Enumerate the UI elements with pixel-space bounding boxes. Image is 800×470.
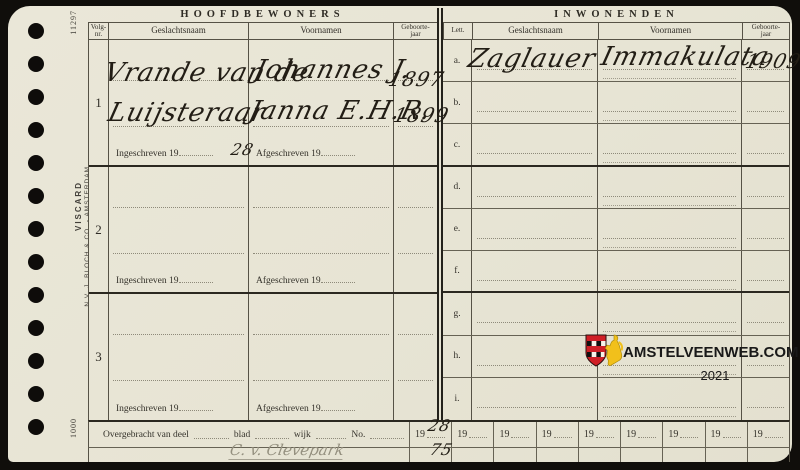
amstelveen-coat-of-arms-icon	[585, 334, 625, 370]
year-label: 19	[753, 429, 763, 440]
col-header-lett-text: Lett.	[451, 27, 464, 34]
birthyear-cell	[742, 167, 789, 208]
year-label: 19	[415, 429, 425, 440]
year-cell-empty	[493, 448, 535, 462]
ingeschreven-label: Ingeschreven 19	[116, 148, 213, 159]
handwriting-surname-2: Luijsteraar	[105, 98, 269, 128]
punch-hole	[28, 221, 44, 237]
dotted-fill	[469, 431, 487, 438]
firstnames-cell	[598, 82, 742, 123]
col-header-geslachtsnaam-r: Geslachtsnaam	[473, 23, 599, 39]
year-cell-empty	[578, 448, 620, 462]
col-header-geboortejaar-l2: jaar	[410, 31, 421, 38]
handwriting-surname-a: Zaglauer	[465, 44, 599, 74]
year-cell-empty	[662, 448, 704, 462]
watermark: AMSTELVEENWEB.COM 2021	[585, 334, 775, 383]
punch-hole	[28, 23, 44, 39]
year-label: 19	[584, 429, 594, 440]
dotted-fill	[554, 431, 572, 438]
punch-hole	[28, 353, 44, 369]
inwonende-row-g: g.	[443, 293, 789, 335]
birthyear-cell	[742, 378, 789, 420]
handwriting-ingeschreven-year: 28	[229, 140, 256, 159]
letter-label: f.	[443, 251, 472, 291]
year-label: 19	[711, 429, 721, 440]
firstnames-cell	[598, 209, 742, 250]
punch-hole	[28, 320, 44, 336]
letter-label: b.	[443, 82, 472, 123]
year-cell-empty	[536, 448, 578, 462]
punch-hole	[28, 419, 44, 435]
punch-hole	[28, 287, 44, 303]
volgnr-2: 2	[89, 167, 109, 292]
volgnr-1: 1	[89, 40, 109, 165]
left-table-header: Volg- nr. Geslachtsnaam Voornamen Geboor…	[88, 22, 437, 40]
year-cell-6: 19	[620, 422, 662, 447]
afgeschreven-text: Afgeschreven 19	[256, 149, 321, 159]
afgeschreven-text: Afgeschreven 19	[256, 404, 321, 414]
firstnames-cell	[598, 378, 742, 420]
punch-hole	[28, 386, 44, 402]
surname-cell	[472, 251, 598, 291]
inwonende-row-f: f.	[443, 251, 789, 293]
surname-cell	[472, 124, 598, 164]
col-header-geboortejaar-r-l2: jaar	[761, 31, 772, 38]
letter-label: e.	[443, 209, 472, 250]
year-label: 19	[457, 429, 467, 440]
year-cell-3: 19	[493, 422, 535, 447]
dotted-fill	[255, 431, 289, 439]
year-cell-7: 19	[662, 422, 704, 447]
letter-label: d.	[443, 167, 472, 208]
volgnr-3: 3	[89, 294, 109, 420]
surname-cell	[472, 293, 598, 334]
handwriting-transfer-year: 28	[426, 416, 453, 435]
year-cell-2: 19	[451, 422, 493, 447]
year-cell-empty	[705, 448, 747, 462]
year-cell-empty	[451, 448, 493, 462]
afgeschreven-label: Afgeschreven 19	[256, 148, 355, 159]
col-header-geslachtsnaam-r-text: Geslachtsnaam	[508, 26, 562, 35]
year-cells: 19 19 19 19 19 19 19 19 19	[409, 422, 789, 447]
dotted-fill	[321, 403, 355, 411]
watermark-row: AMSTELVEENWEB.COM	[585, 334, 775, 370]
birthyear-cell	[742, 251, 789, 291]
inwonende-row-d: d.	[443, 167, 789, 209]
right-table-header: Lett. Geslachtsnaam Voornamen Geboorte- …	[443, 22, 790, 40]
hoofdbewoners-body: 1 Ingeschreven 19 Afgeschreven 19 2 Inge…	[88, 40, 437, 420]
punch-hole	[28, 56, 44, 72]
year-label: 19	[668, 429, 678, 440]
punch-hole	[28, 188, 44, 204]
dotted-fill	[511, 431, 529, 438]
birthyear-cell	[742, 293, 789, 334]
firstnames-cell	[598, 167, 742, 208]
dotted-fill	[179, 275, 213, 283]
dotted-fill	[723, 431, 741, 438]
inwonende-row-c: c.	[443, 124, 789, 166]
letter-label: h.	[443, 336, 472, 377]
handwriting-birthyear-a: 1909	[743, 49, 800, 73]
col-header-geslachtsnaam-text: Geslachtsnaam	[151, 26, 205, 35]
transfer-wijk-label: wijk	[294, 430, 311, 440]
watermark-site-text: AMSTELVEENWEB.COM	[623, 344, 799, 361]
birthyear-cell	[394, 167, 437, 292]
col-header-volgnr: Volg- nr.	[89, 23, 109, 39]
col-header-voornamen-r-text: Voornamen	[650, 26, 691, 35]
punch-hole	[28, 155, 44, 171]
year-cell-empty	[747, 448, 789, 462]
serial-number-top: 11297	[69, 10, 78, 35]
ingeschreven-text: Ingeschreven 19	[116, 276, 179, 286]
inwonende-row-b: b.	[443, 82, 789, 124]
dotted-fill	[765, 431, 783, 438]
ingeschreven-label: Ingeschreven 19	[116, 275, 213, 286]
surname-cell	[109, 294, 249, 420]
watermark-year-text: 2021	[655, 368, 775, 383]
inwonende-row-e: e.	[443, 209, 789, 251]
col-header-volgnr-l2: nr.	[95, 31, 102, 38]
year-cell-empty	[620, 448, 662, 462]
firstnames-cell	[249, 167, 394, 292]
year-cell-8: 19	[705, 422, 747, 447]
inwonende-row-i: i.	[443, 378, 789, 420]
punch-hole	[28, 254, 44, 270]
section-title-hoofdbewoners: HOOFDBEWONERS	[88, 9, 437, 22]
transfer-deel-label: Overgebracht van deel	[103, 430, 189, 440]
dotted-fill	[321, 275, 355, 283]
dotted-fill	[596, 431, 614, 438]
firstnames-cell	[598, 251, 742, 291]
handwriting-house-number: 75	[428, 440, 455, 459]
surname-cell	[472, 378, 598, 420]
resident-block-2: 2 Ingeschreven 19 Afgeschreven 19	[89, 167, 437, 294]
letter-label: c.	[443, 124, 472, 164]
surname-cell	[109, 167, 249, 292]
birthyear-cell	[742, 82, 789, 123]
card-paper: 11297 VISCARD N.V. J. BLOCH & CO. - AMST…	[8, 6, 792, 462]
ingeschreven-text: Ingeschreven 19	[116, 404, 179, 414]
year-cell-5: 19	[578, 422, 620, 447]
resident-block-3: 3 Ingeschreven 19 Afgeschreven 19	[89, 294, 437, 420]
col-header-geboortejaar: Geboorte- jaar	[394, 23, 437, 39]
surname-cell	[472, 336, 598, 377]
punch-hole	[28, 89, 44, 105]
dotted-fill	[321, 148, 355, 156]
birthyear-cell	[742, 209, 789, 250]
col-header-lett: Lett.	[444, 23, 473, 39]
dotted-fill	[680, 431, 698, 438]
col-header-voornamen-r: Voornamen	[599, 23, 743, 39]
vendor-name-vertical: VISCARD	[74, 181, 83, 231]
dotted-fill	[194, 431, 229, 439]
dotted-fill	[179, 403, 213, 411]
year-cell-9: 19	[747, 422, 789, 447]
surname-cell	[472, 167, 598, 208]
dotted-fill	[179, 148, 213, 156]
year-label: 19	[499, 429, 509, 440]
year-label: 19	[626, 429, 636, 440]
ingeschreven-label: Ingeschreven 19	[116, 403, 213, 414]
surname-cell	[472, 82, 598, 123]
handwriting-birthyear-1: 1897	[386, 67, 447, 91]
serial-number-bottom: 1000	[69, 418, 78, 438]
year-cell-4: 19	[536, 422, 578, 447]
dotted-fill	[316, 431, 347, 439]
col-header-voornamen: Voornamen	[249, 23, 394, 39]
col-header-geboortejaar-r: Geboorte- jaar	[743, 23, 789, 39]
col-header-voornamen-text: Voornamen	[300, 26, 341, 35]
year-label: 19	[542, 429, 552, 440]
letter-label: i.	[443, 378, 472, 420]
ingeschreven-text: Ingeschreven 19	[116, 149, 179, 159]
afgeschreven-label: Afgeschreven 19	[256, 275, 355, 286]
col-header-geslachtsnaam: Geslachtsnaam	[109, 23, 249, 39]
surname-cell	[472, 209, 598, 250]
transfer-blad-label: blad	[234, 430, 250, 440]
section-title-inwonenden: INWONENDEN	[443, 9, 790, 22]
dotted-fill	[638, 431, 656, 438]
firstnames-cell	[598, 124, 742, 164]
dotted-fill	[370, 431, 404, 439]
pencil-street-note: C. v. Clevepark	[228, 441, 345, 460]
punch-hole	[28, 122, 44, 138]
transfer-no-label: No.	[351, 430, 365, 440]
birthyear-cell	[742, 124, 789, 164]
afgeschreven-label: Afgeschreven 19	[256, 403, 355, 414]
birthyear-cell	[394, 294, 437, 420]
scanned-registration-card: 11297 VISCARD N.V. J. BLOCH & CO. - AMST…	[0, 0, 800, 470]
firstnames-cell	[249, 294, 394, 420]
firstnames-cell	[598, 293, 742, 334]
afgeschreven-text: Afgeschreven 19	[256, 276, 321, 286]
letter-label: g.	[443, 293, 472, 334]
